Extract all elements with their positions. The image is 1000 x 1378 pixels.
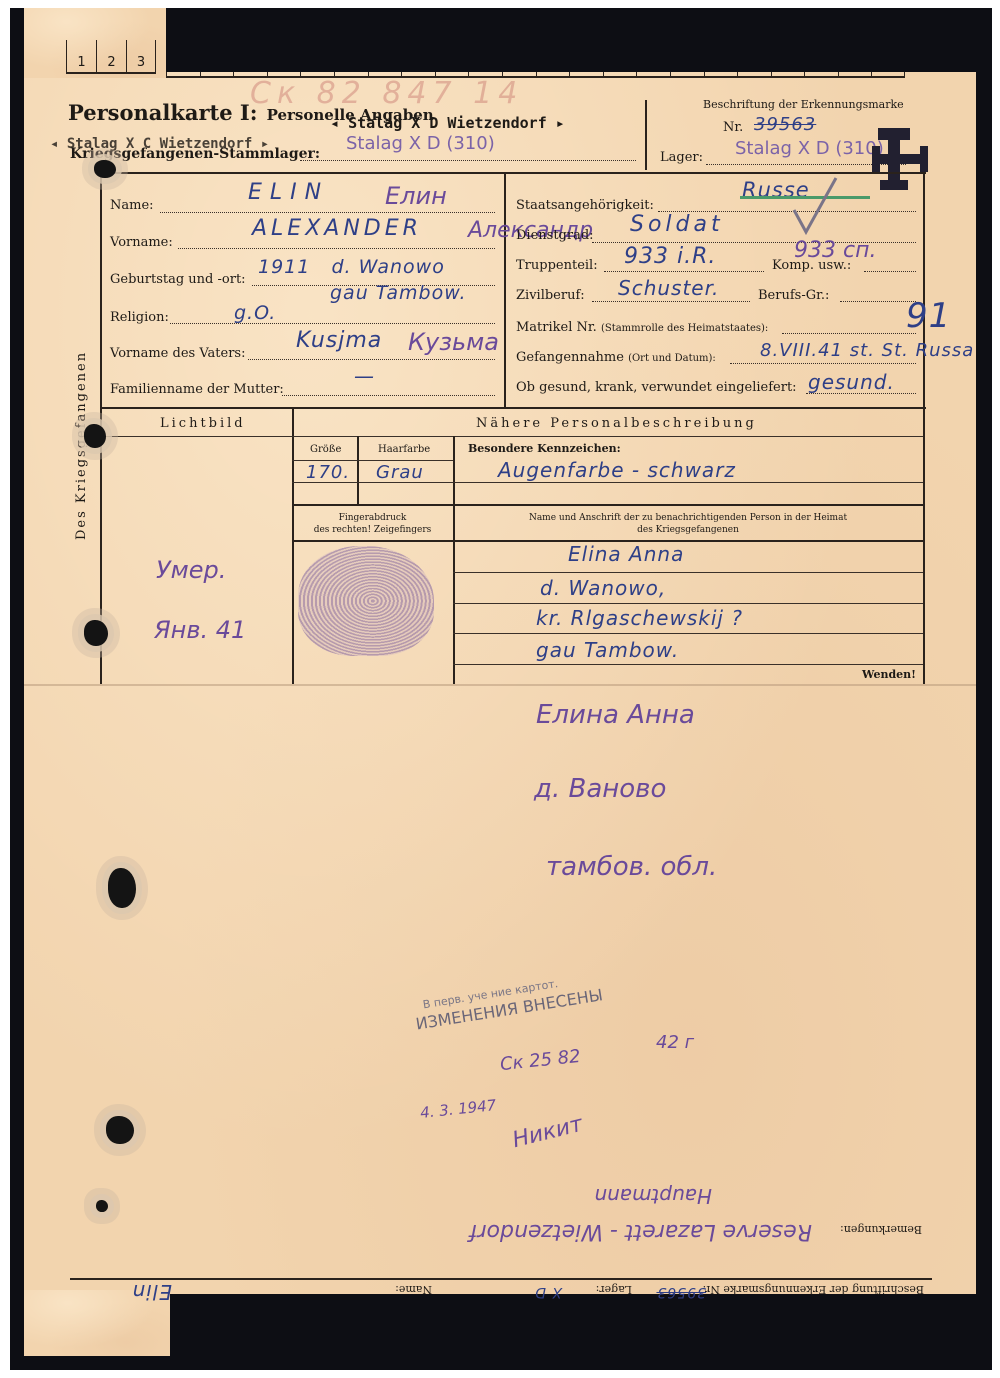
checkmark-icon	[790, 176, 840, 236]
geburt-value-line1: 1911 d. Wanowo	[258, 256, 445, 278]
matrikel-value: 91	[906, 296, 951, 336]
section-label: Nähere Personalbeschreibung	[476, 416, 757, 431]
dienstgrad-label: Dienstgrad:	[516, 228, 594, 243]
punch-hole	[108, 868, 136, 908]
tag-lager-label: Lager:	[660, 150, 703, 165]
contact-line: Elina Anna	[568, 542, 684, 566]
fold-line	[24, 684, 976, 686]
vater-value: Kusjma	[296, 328, 382, 353]
contact-label: Name und Anschrift der zu benachrichtige…	[453, 512, 923, 536]
number-cell: 1	[66, 40, 96, 74]
photo-label: Lichtbild	[160, 416, 246, 431]
name-value: ELIN	[248, 180, 329, 205]
vorname-label: Vorname:	[110, 235, 173, 250]
arrow-left-icon: ◂	[50, 136, 58, 152]
truppenteil-label: Truppenteil:	[516, 258, 598, 273]
number-cell: 2	[96, 40, 126, 74]
geburt-value-line2: gau Tambow.	[330, 282, 467, 304]
turn-label: Wenden!	[862, 668, 916, 681]
cyrillic-line: Елина Анна	[536, 700, 695, 730]
kennzeichen-label: Besondere Kennzeichen:	[468, 442, 621, 455]
haar-label: Haarfarbe	[378, 444, 430, 455]
photo-note-line1: Умер.	[156, 556, 226, 584]
bemerkungen-signature: Hauptmann	[594, 1184, 712, 1208]
bemerkungen-value: Reserve Lazarett - Wietzendorf	[470, 1219, 812, 1244]
punch-hole	[106, 1116, 134, 1144]
footer-tag-label: Beschriftung der Erkennungsmarke Nr.	[703, 1283, 924, 1296]
tag-nr-value: 39563	[754, 114, 816, 135]
gefangennahme-label: Gefangennahme (Ort und Datum):	[516, 350, 716, 365]
haar-value: Grau	[376, 462, 424, 483]
vater-label: Vorname des Vaters:	[110, 346, 245, 361]
religion-value: g.O.	[234, 302, 276, 324]
cyrillic-line: тамбов. обл.	[546, 852, 717, 882]
footer-lager-label: Lager:	[596, 1283, 632, 1296]
camp-stamp-new: ◂ Stalag X D Wietzendorf ▸	[330, 114, 565, 132]
zivilberuf-label: Zivilberuf:	[516, 288, 585, 303]
stammlager-stamp: Stalag X D (310)	[346, 133, 495, 154]
geburt-label: Geburtstag und -ort:	[110, 272, 246, 287]
fingerprint-image	[298, 546, 434, 656]
dienstgrad-value: Soldat	[630, 212, 724, 237]
punch-hole	[84, 620, 108, 646]
mutter-value: —	[354, 364, 375, 388]
punch-hole	[94, 160, 116, 178]
arrow-left-icon: ◂	[330, 114, 339, 132]
footer-name-value: Elin	[132, 1280, 172, 1304]
inverted-footer: Bemerkungen: Reserve Lazarett - Wietzend…	[70, 1186, 932, 1286]
vater-value-cyrillic: Кузьма	[408, 328, 499, 356]
stamp-year: 42 г	[656, 1032, 694, 1053]
matrikel-label: Matrikel Nr. (Stammrolle des Heimatstaat…	[516, 320, 768, 335]
religion-label: Religion:	[110, 310, 169, 325]
punch-hole	[84, 424, 106, 448]
arrow-right-icon: ▸	[556, 114, 565, 132]
punch-hole	[96, 1200, 108, 1212]
truppenteil-value: 933 i.R.	[624, 244, 716, 269]
tag-lager-value: Stalag X D (310)	[735, 138, 884, 159]
photo-note-line2: Янв. 41	[154, 616, 246, 644]
staat-label: Staatsangehörigkeit:	[516, 198, 654, 213]
name-value-cyrillic: Елин	[385, 182, 447, 210]
kennzeichen-value: Augenfarbe - schwarz	[498, 458, 736, 482]
footer-name-label: Name:	[395, 1283, 432, 1296]
groesse-value: 170.	[306, 462, 350, 483]
tag-heading: Beschriftung der Erkennungsmarke	[703, 98, 904, 111]
side-label: Des Kriegsgefangenen	[74, 351, 89, 540]
gesund-label: Ob gesund, krank, verwundet eingeliefert…	[516, 380, 797, 395]
vorname-value: ALEXANDER	[252, 216, 422, 241]
bemerkungen-label: Bemerkungen:	[840, 1223, 922, 1236]
tag-nr-label: Nr.	[723, 120, 743, 135]
cyrillic-line: д. Ваново	[534, 774, 666, 804]
contact-line: gau Tambow.	[536, 638, 679, 662]
footer-lager-value: X D	[534, 1284, 562, 1300]
mutter-label: Familienname der Mutter:	[110, 382, 284, 397]
name-label: Name:	[110, 198, 154, 213]
gefangennahme-value: 8.VIII.41 st. St. Russa	[760, 340, 974, 361]
gesund-value: gesund.	[808, 370, 895, 394]
contact-line: d. Wanowo,	[540, 576, 666, 600]
groesse-label: Größe	[310, 444, 341, 455]
number-cells: 1 2 3	[66, 40, 156, 74]
contact-line: kr. Rlgaschewskij ?	[536, 606, 743, 630]
komp-value: 933 сп.	[794, 238, 876, 263]
finger-label: Fingerabdruck des rechten! Zeigefingers	[292, 512, 453, 536]
number-cell: 3	[126, 40, 156, 74]
berufs-label: Berufs-Gr.:	[758, 288, 829, 303]
footer-tag-value: 39563	[656, 1284, 706, 1300]
zivilberuf-value: Schuster.	[618, 276, 719, 300]
